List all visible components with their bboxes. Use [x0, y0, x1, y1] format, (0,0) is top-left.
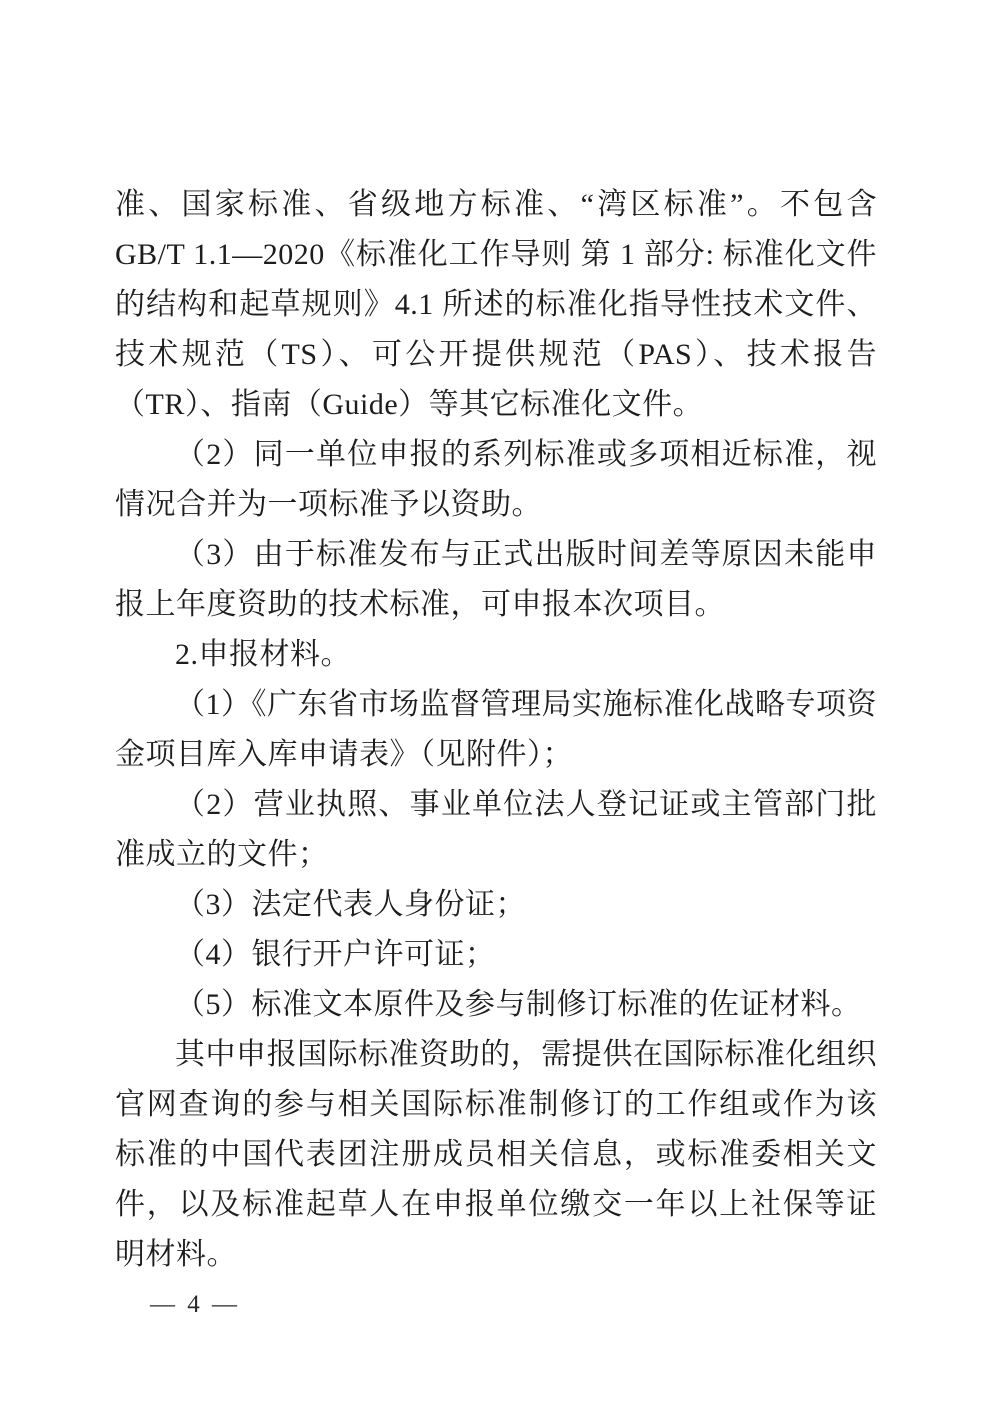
paragraph-material-4: （4）银行开户许可证； — [115, 930, 877, 980]
paragraph-material-3: （3）法定代表人身份证； — [115, 880, 877, 930]
paragraph-material-1: （1）《广东省市场监督管理局实施标准化战略专项资金项目库入库申请表》（见附件）； — [115, 680, 877, 780]
paragraph-item-3: （3）由于标准发布与正式出版时间差等原因未能申报上年度资助的技术标准，可申报本次… — [115, 530, 877, 630]
document-page: 准、国家标准、省级地方标准、“湾区标准”。不包含 GB/T 1.1—2020《标… — [0, 0, 1000, 1414]
page-number: — 4 — — [150, 1288, 240, 1322]
document-body: 准、国家标准、省级地方标准、“湾区标准”。不包含 GB/T 1.1—2020《标… — [115, 180, 877, 1280]
paragraph-item-2: （2）同一单位申报的系列标准或多项相近标准，视情况合并为一项标准予以资助。 — [115, 430, 877, 530]
paragraph-international-note: 其中申报国际标准资助的，需提供在国际标准化组织官网查询的参与相关国际标准制修订的… — [115, 1030, 877, 1280]
paragraph-material-2: （2）营业执照、事业单位法人登记证或主管部门批准成立的文件； — [115, 780, 877, 880]
paragraph-material-5: （5）标准文本原件及参与制修订标准的佐证材料。 — [115, 980, 877, 1030]
paragraph-section-2-heading: 2.申报材料。 — [115, 630, 877, 680]
paragraph-continuation: 准、国家标准、省级地方标准、“湾区标准”。不包含 GB/T 1.1—2020《标… — [115, 180, 877, 430]
